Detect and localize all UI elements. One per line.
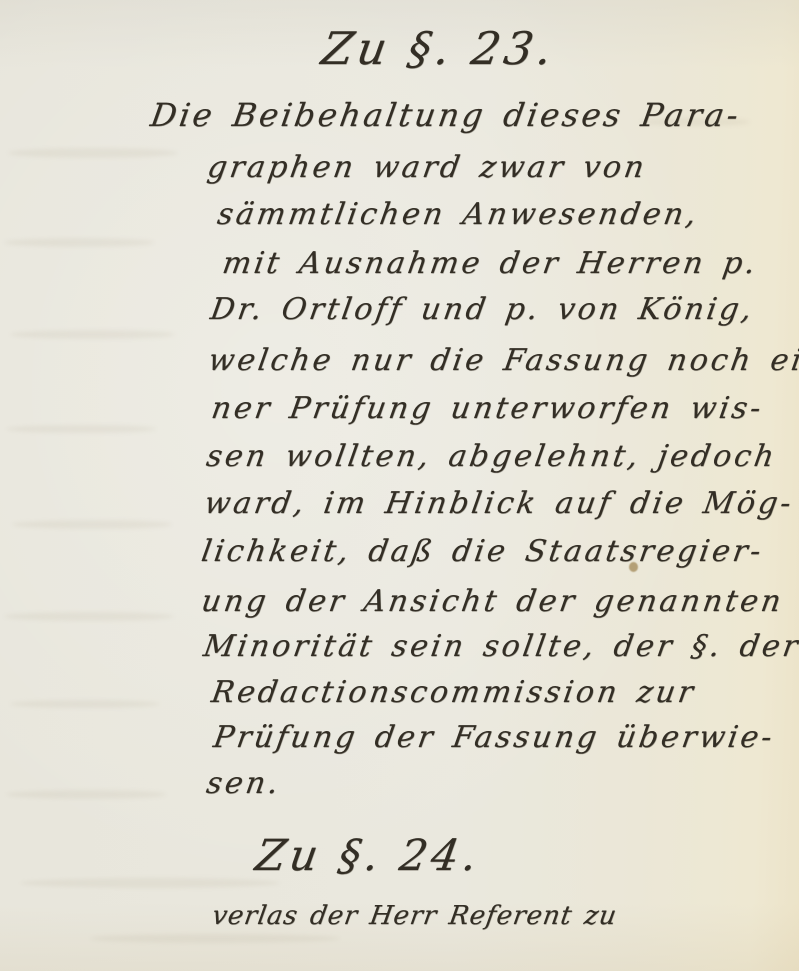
handwritten-line: ner Prüfung unterworfen wis-	[209, 391, 766, 426]
handwritten-line: Die Beibehaltung dieses Para-	[148, 96, 744, 134]
handwritten-line: Prüfung der Fassung überwie-	[211, 720, 777, 755]
handwritten-line: lichkeit, daß die Staatsregier-	[199, 534, 766, 569]
manuscript-page: Zu §. 23. Die Beibehaltung dieses Para- …	[0, 0, 799, 971]
section-heading-23: Zu §. 23.	[318, 22, 560, 75]
bleedthrough-mark	[8, 148, 178, 158]
handwritten-line: Redactionscommission zur	[209, 675, 698, 710]
handwritten-line: sämmtlichen Anwesenden,	[215, 197, 701, 232]
handwritten-line: Dr. Ortloff und p. von König,	[208, 292, 757, 327]
bleedthrough-mark	[6, 425, 156, 433]
section-heading-24: Zu §. 24.	[252, 831, 484, 881]
handwritten-line: sen wollten, abgelehnt, jedoch	[204, 439, 779, 474]
handwritten-line: sen.	[204, 766, 284, 801]
bleedthrough-mark	[6, 790, 166, 799]
handwritten-line: graphen ward zwar von	[205, 150, 649, 185]
bleedthrough-mark	[12, 520, 172, 529]
handwritten-line: verlas der Herr Referent zu	[210, 901, 619, 931]
handwritten-line: ung der Ansicht der genannten	[199, 584, 786, 619]
bleedthrough-mark	[20, 878, 280, 888]
handwritten-line: ward, im Hinblick auf die Mög-	[202, 486, 796, 521]
paper-stain	[629, 562, 638, 572]
handwritten-line: welche nur die Fassung noch ei-	[206, 343, 799, 378]
bleedthrough-mark	[90, 934, 340, 943]
bleedthrough-mark	[4, 612, 174, 621]
bleedthrough-mark	[10, 700, 160, 708]
handwritten-line: mit Ausnahme der Herren p.	[220, 246, 761, 281]
handwritten-line: Minorität sein sollte, der §. der	[201, 629, 799, 664]
bleedthrough-mark	[4, 238, 154, 247]
bleedthrough-mark	[10, 330, 175, 339]
